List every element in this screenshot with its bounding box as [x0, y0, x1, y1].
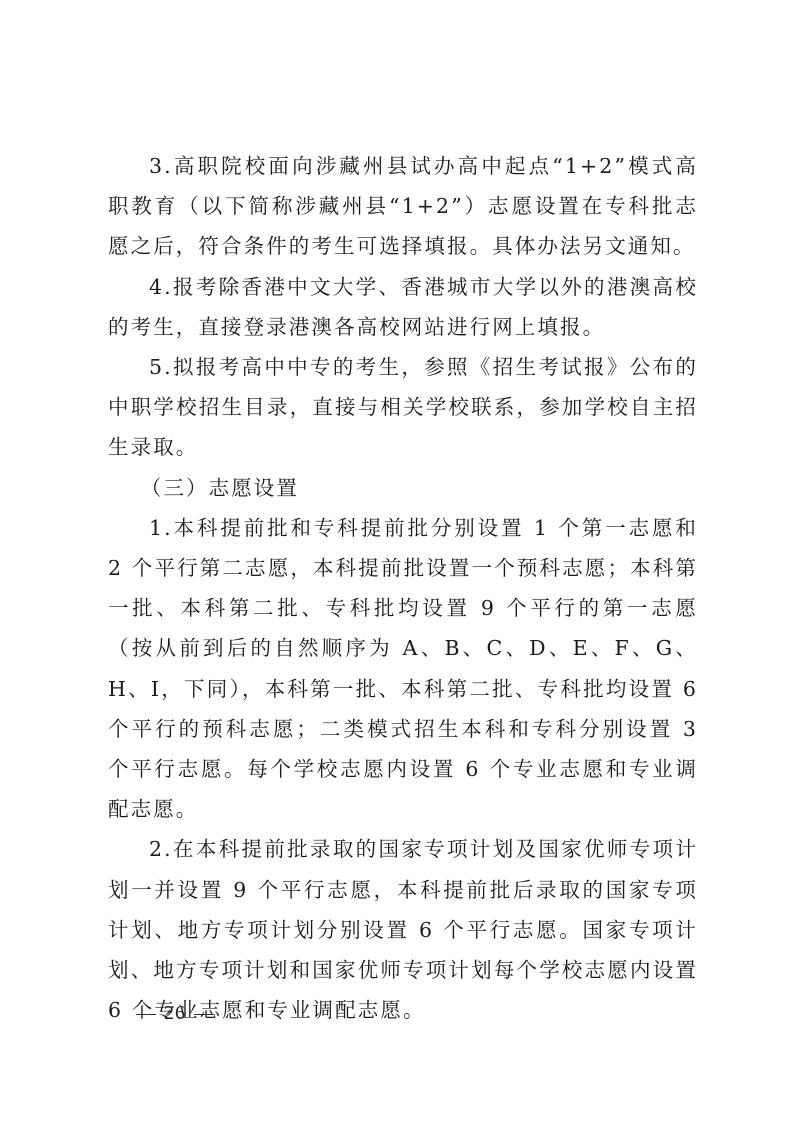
- paragraph-setting-1: 1.本科提前批和专科提前批分别设置 1 个第一志愿和 2 个平行第二志愿，本科提…: [108, 508, 698, 830]
- document-page: 3.高职院校面向涉藏州县试办高中起点“1+2”模式高职教育（以下简称涉藏州县“1…: [108, 146, 698, 1030]
- footer-dash-right: [194, 1014, 214, 1015]
- paragraph-item-3: 3.高职院校面向涉藏州县试办高中起点“1+2”模式高职教育（以下简称涉藏州县“1…: [108, 146, 698, 267]
- page-number: 26: [164, 1002, 186, 1024]
- section-heading: （三）志愿设置: [108, 468, 698, 508]
- footer-dash-left: [136, 1014, 156, 1015]
- page-footer: 26: [128, 1002, 222, 1025]
- paragraph-item-5: 5.拟报考高中中专的考生，参照《招生考试报》公布的中职学校招生目录，直接与相关学…: [108, 347, 698, 468]
- paragraph-item-4: 4.报考除香港中文大学、香港城市大学以外的港澳高校的考生，直接登录港澳各高校网站…: [108, 267, 698, 347]
- paragraph-setting-2: 2.在本科提前批录取的国家专项计划及国家优师专项计划一并设置 9 个平行志愿，本…: [108, 829, 698, 1030]
